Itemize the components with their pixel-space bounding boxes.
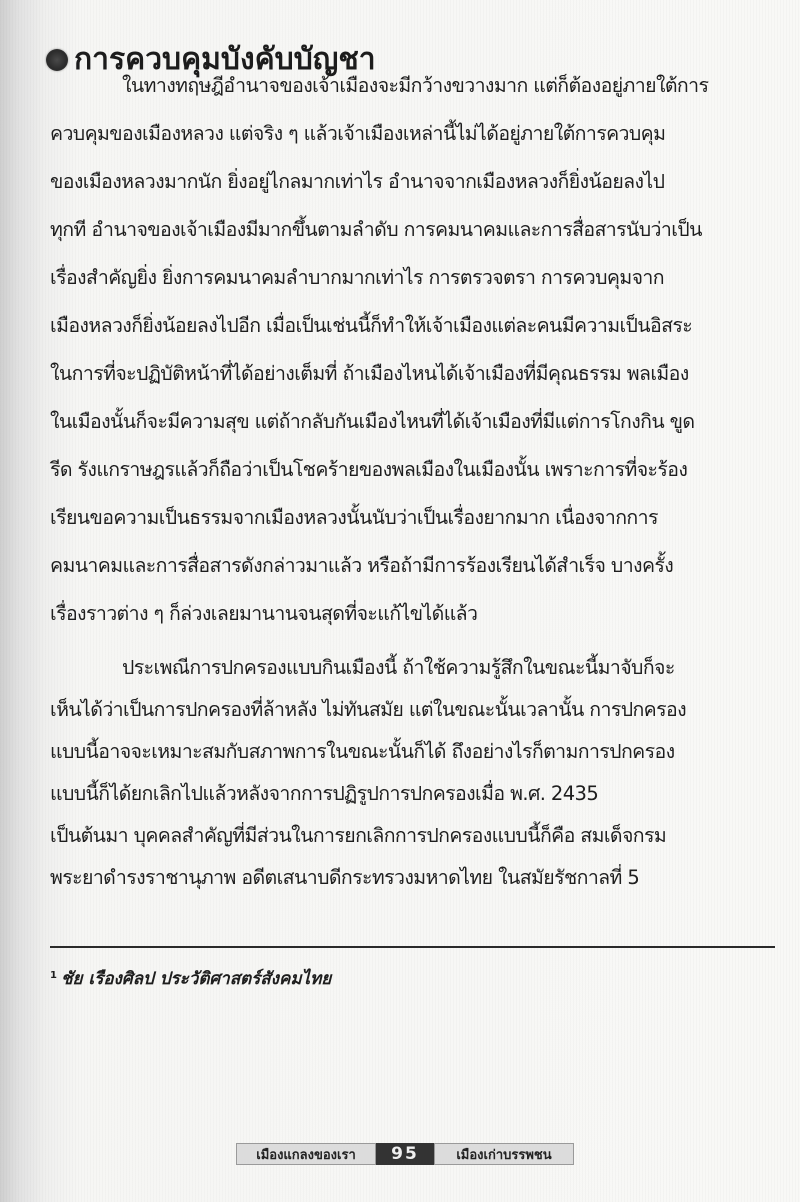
text-line: พระยาดำรงราชานุภาพ อดีตเสนาบดีกระทรวงมหา… (50, 868, 639, 888)
text-line: ในการที่จะปฏิบัติหน้าที่ได้อย่างเต็มที่ … (50, 364, 689, 384)
text-line: เห็นได้ว่าเป็นการปกครองที่ล้าหลัง ไม่ทัน… (50, 700, 686, 720)
footnote-divider (50, 946, 775, 948)
book-page: การควบคุมบังคับบัญชา ในทางทฤษฎีอำนาจของเ… (0, 0, 800, 1202)
page-number: 95 (376, 1143, 434, 1165)
text-line: ในทางทฤษฎีอำนาจของเจ้าเมืองจะมีกว้างขวาง… (122, 76, 708, 96)
text-line: ทุกที อำนาจของเจ้าเมืองมีมากขึ้นตามลำดับ… (50, 220, 702, 240)
text-line: เรียนขอความเป็นธรรมจากเมืองหลวงนั้นนับว่… (50, 508, 658, 528)
text-line: ประเพณีการปกครองแบบกินเมืองนี้ ถ้าใช้ควา… (122, 658, 675, 678)
page-footer: เมืองแกลงของเรา 95 เมืองเก่าบรรพชน (236, 1143, 574, 1165)
text-line: เป็นต้นมา บุคคลสำคัญที่มีส่วนในการยกเลิก… (50, 826, 666, 846)
footer-chapter-title: เมืองเก่าบรรพชน (434, 1143, 574, 1165)
footnote: 1ชัย เรืองศิลป ประวัติศาสตร์สังคมไทย (50, 965, 331, 992)
bullet-circle-icon (46, 49, 68, 71)
footer-book-title: เมืองแกลงของเรา (236, 1143, 376, 1165)
footnote-number: 1 (50, 970, 57, 981)
text-line: ของเมืองหลวงมากนัก ยิ่งอยู่ไกลมากเท่าไร … (50, 172, 664, 192)
text-line: คมนาคมและการสื่อสารดังกล่าวมาแล้ว หรือถ้… (50, 556, 673, 576)
text-line: เรื่องสำคัญยิ่ง ยิ่งการคมนาคมลำบากมากเท่… (50, 268, 664, 288)
text-line: แบบนี้ก็ได้ยกเลิกไปแล้วหลังจากการปฏิรูปก… (50, 784, 598, 804)
text-line: รีด รังแกราษฎรแล้วก็ถือว่าเป็นโชคร้ายของ… (50, 460, 687, 480)
text-line: เมืองหลวงก็ยิ่งน้อยลงไปอีก เมื่อเป็นเช่น… (50, 316, 692, 336)
text-line: แบบนี้อาจจะเหมาะสมกับสภาพการในขณะนั้นก็ไ… (50, 742, 675, 762)
footnote-text: ชัย เรืองศิลป ประวัติศาสตร์สังคมไทย (61, 969, 331, 989)
text-line: ควบคุมของเมืองหลวง แต่จริง ๆ แล้วเจ้าเมื… (50, 124, 665, 144)
text-line: ในเมืองนั้นก็จะมีความสุข แต่ถ้ากลับกันเม… (50, 412, 694, 432)
text-line: เรื่องราวต่าง ๆ ก็ล่วงเลยมานานจนสุดที่จะ… (50, 604, 477, 624)
